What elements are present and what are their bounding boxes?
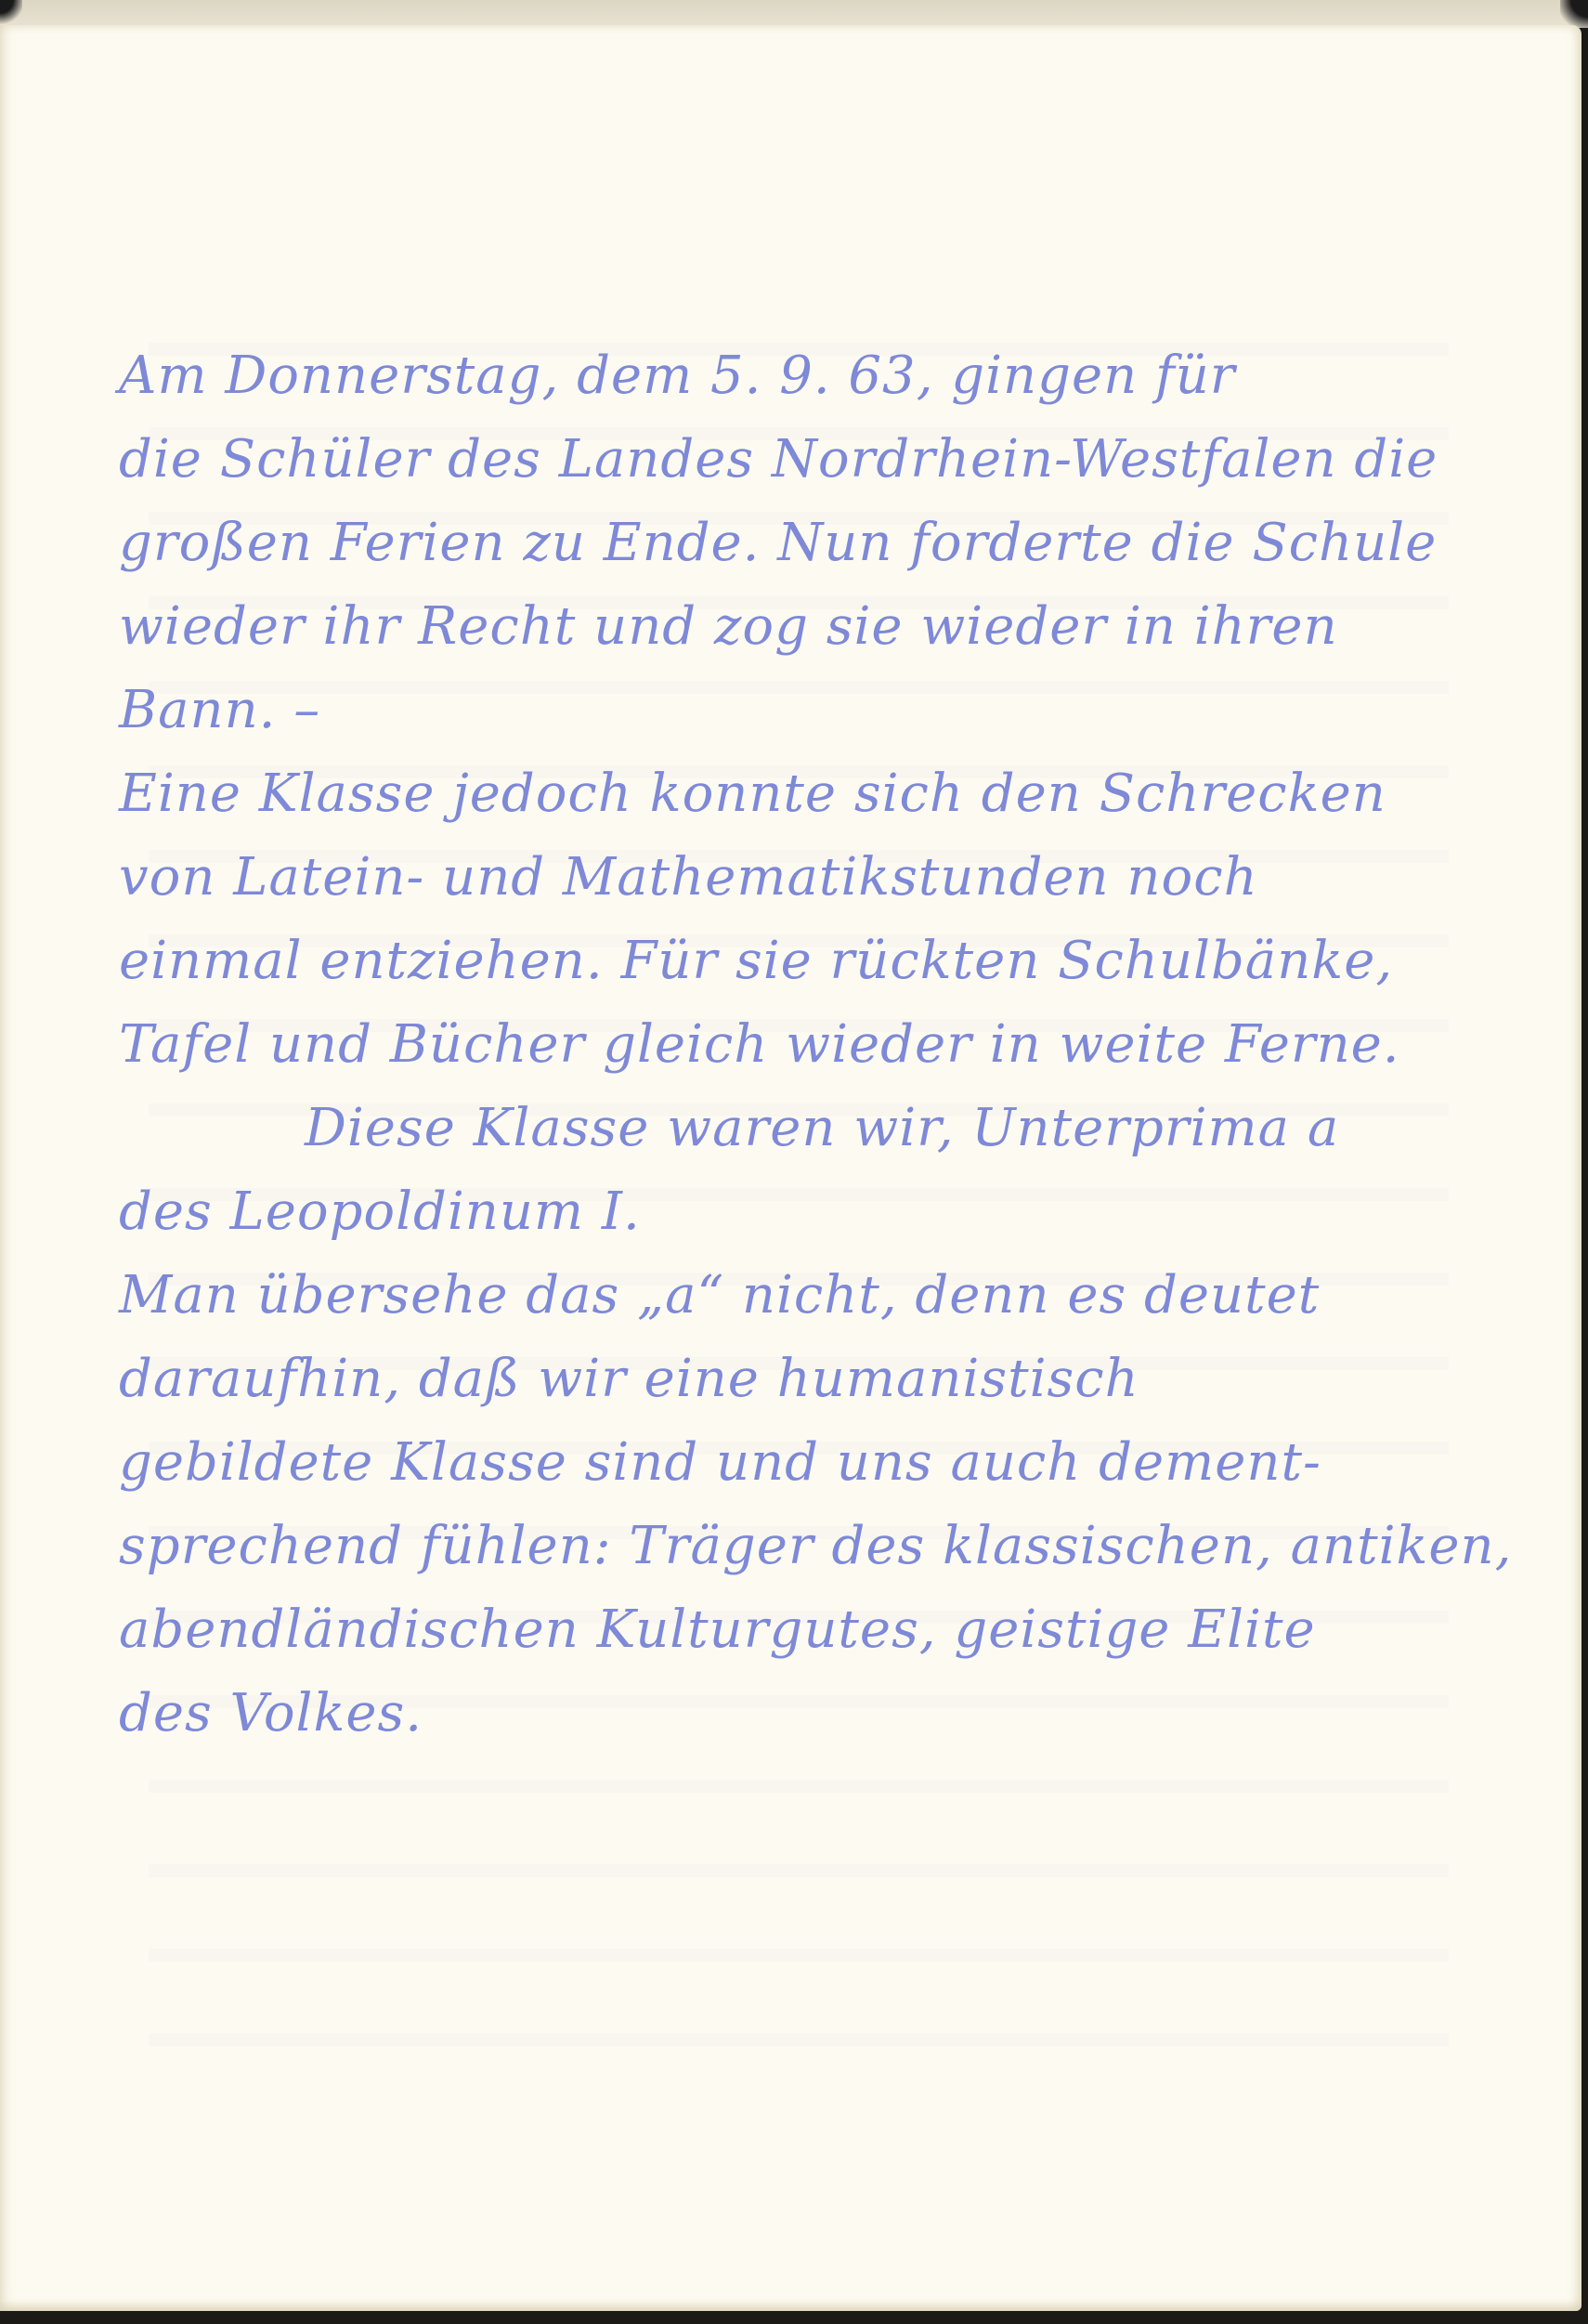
- scan-top-edge: [0, 0, 1588, 28]
- text-line: abendländischen Kulturgutes, geistige El…: [119, 1588, 1465, 1672]
- text-line: Am Donnerstag, dem 5. 9. 63, gingen für: [119, 334, 1465, 418]
- text-line: des Volkes.: [119, 1672, 1465, 1756]
- handwritten-text: Am Donnerstag, dem 5. 9. 63, gingen für …: [119, 334, 1465, 1756]
- text-line: Man übersehe das „a“ nicht, denn es deut…: [119, 1254, 1465, 1338]
- text-line: gebildete Klasse sind und uns auch demen…: [119, 1421, 1465, 1505]
- text-line: daraufhin, daß wir eine humanistisch: [119, 1338, 1465, 1421]
- text-line: großen Ferien zu Ende. Nun forderte die …: [119, 502, 1465, 585]
- text-line: sprechend fühlen: Träger des klassischen…: [119, 1505, 1465, 1588]
- text-line: des Leopoldinum I.: [119, 1170, 1465, 1254]
- scan-corner-shadow: [0, 0, 22, 24]
- text-line: Bann. –: [119, 669, 1465, 752]
- text-line: die Schüler des Landes Nordrhein-Westfal…: [119, 418, 1465, 502]
- text-line: von Latein- und Mathematikstunden noch: [119, 836, 1465, 920]
- text-line: Eine Klasse jedoch konnte sich den Schre…: [119, 752, 1465, 836]
- text-line: Tafel und Bücher gleich wieder in weite …: [119, 1003, 1465, 1087]
- text-line: einmal entziehen. Für sie rückten Schulb…: [119, 920, 1465, 1003]
- text-line: wieder ihr Recht und zog sie wieder in i…: [119, 585, 1465, 669]
- text-line: Diese Klasse waren wir, Unterprima a: [119, 1087, 1465, 1170]
